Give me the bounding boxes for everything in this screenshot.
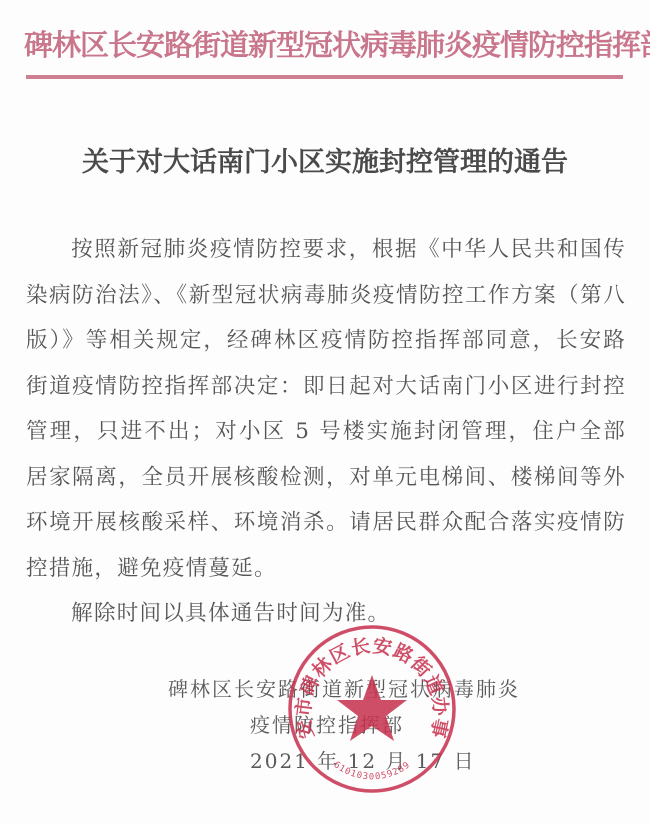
signature-org-line-1: 碑林区长安路街道新型冠状病毒肺炎 [168, 672, 520, 706]
notice-title: 关于对大话南门小区实施封控管理的通告 [0, 143, 650, 183]
issuing-organization-header: 碑林区长安路街道新型冠状病毒肺炎疫情防控指挥部 [24, 25, 630, 65]
notice-paragraph-main: 按照新冠肺炎疫情防控要求，根据《中华人民共和国传染病防治法》、《新型冠状病毒肺炎… [26, 227, 626, 591]
header-divider [26, 75, 623, 79]
signature-date: 2021 年 12 月 17 日 [250, 744, 476, 778]
notice-body: 按照新冠肺炎疫情防控要求，根据《中华人民共和国传染病防治法》、《新型冠状病毒肺炎… [26, 227, 626, 637]
signature-org-line-2: 疫情防控指挥部 [250, 708, 404, 742]
notice-paragraph-release: 解除时间以具体通告时间为准。 [26, 591, 626, 637]
